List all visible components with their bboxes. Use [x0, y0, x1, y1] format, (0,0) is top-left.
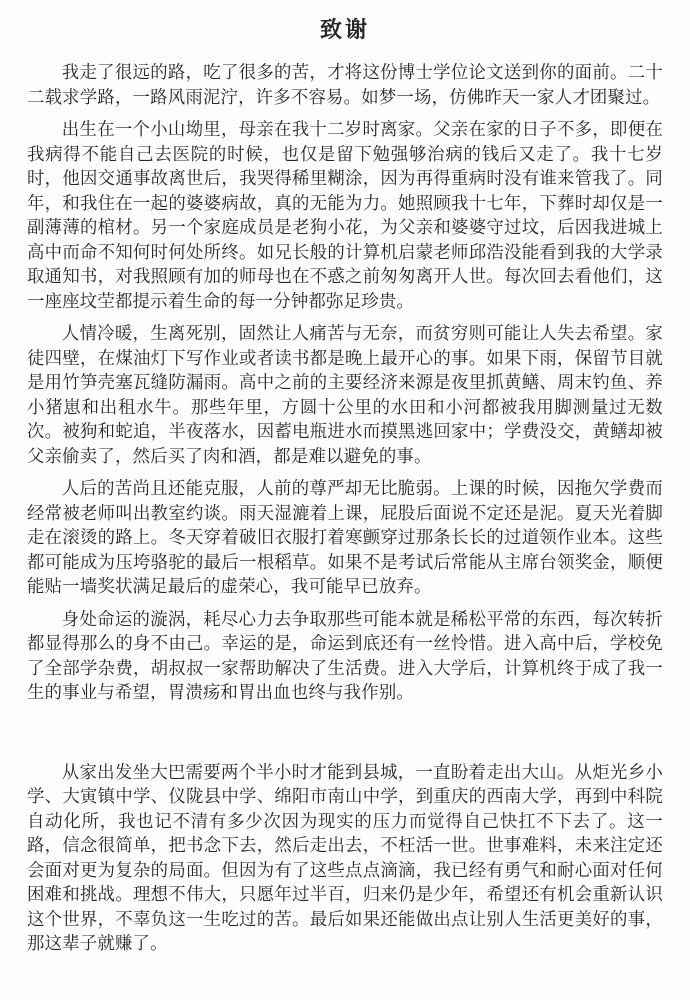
- paragraph-5: 身处命运的漩涡，耗尽心力去争取那些可能本就是稀松平常的东西，每次转折都显得那么的…: [27, 607, 663, 705]
- paragraph-1: 我走了很远的路，吃了很多的苦，才将这份博士学位论文送到你的面前。二十二载求学路，…: [27, 60, 663, 109]
- paragraph-4: 人后的苦尚且还能克服，人前的尊严却无比脆弱。上课的时候，因拖欠学费而经常被老师叫…: [27, 476, 663, 599]
- thesis-acknowledgment-page: 致谢 我走了很远的路，吃了很多的苦，才将这份博士学位论文送到你的面前。二十二载求…: [0, 0, 690, 1000]
- paragraph-6: 从家出发坐大巴需要两个半小时才能到县城，一直盼着走出大山。从炬光乡小学、大寅镇中…: [27, 760, 663, 956]
- page-title: 致谢: [27, 13, 663, 46]
- paragraph-3: 人情冷暖，生离死别，固然让人痛苦与无奈，而贫穷则可能让人失去希望。家徒四壁，在煤…: [27, 321, 663, 468]
- paragraph-2: 出生在一个小山坳里，母亲在我十二岁时离家。父亲在家的日子不多，即便在我病得不能自…: [27, 117, 663, 313]
